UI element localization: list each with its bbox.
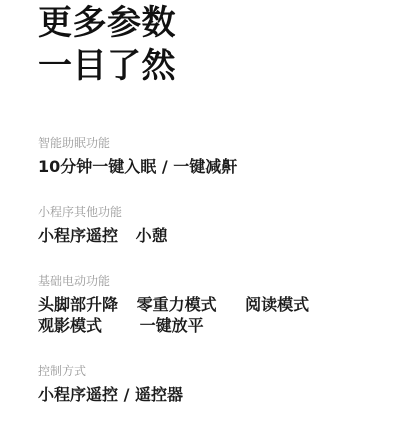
- product-specs-page: 更多参数 一目了然 智能助眠功能 10分钟一键入眠 / 一键减鼾 小程序其他功能…: [0, 0, 416, 437]
- page-title-line-1: 更多参数: [38, 2, 396, 45]
- section-label: 基础电动功能: [38, 274, 396, 288]
- feature-item: 阅读模式: [245, 294, 309, 315]
- feature-item: 头脚部升降: [38, 294, 131, 315]
- section-basic-electric: 基础电动功能 头脚部升降 零重力模式 阅读模式 观影模式 一键放平: [38, 274, 396, 336]
- section-label: 控制方式: [38, 364, 396, 378]
- section-values: 小程序遥控 小憩: [38, 225, 396, 246]
- feature-item: 观影模式: [38, 315, 134, 336]
- feature-item: 小憩: [136, 225, 168, 246]
- feature-item: 零重力模式: [137, 294, 240, 315]
- section-values-row-1: 头脚部升降 零重力模式 阅读模式: [38, 294, 396, 315]
- feature-item: 一键放平: [140, 315, 204, 336]
- section-values-row-2: 观影模式 一键放平: [38, 315, 396, 336]
- section-values: 10分钟一键入眠 / 一键减鼾: [38, 156, 396, 177]
- section-label: 小程序其他功能: [38, 205, 396, 219]
- section-miniprogram-other: 小程序其他功能 小程序遥控 小憩: [38, 205, 396, 246]
- section-smart-sleep: 智能助眠功能 10分钟一键入眠 / 一键减鼾: [38, 136, 396, 177]
- feature-item: 小程序遥控: [38, 225, 130, 246]
- feature-item: 10分钟一键入眠 / 一键减鼾: [38, 156, 237, 177]
- feature-item: 小程序遥控 / 遥控器: [38, 384, 183, 405]
- page-title-line-2: 一目了然: [38, 45, 396, 88]
- section-control-method: 控制方式 小程序遥控 / 遥控器: [38, 364, 396, 405]
- section-values: 小程序遥控 / 遥控器: [38, 384, 396, 405]
- section-label: 智能助眠功能: [38, 136, 396, 150]
- page-title: 更多参数 一目了然: [38, 2, 396, 88]
